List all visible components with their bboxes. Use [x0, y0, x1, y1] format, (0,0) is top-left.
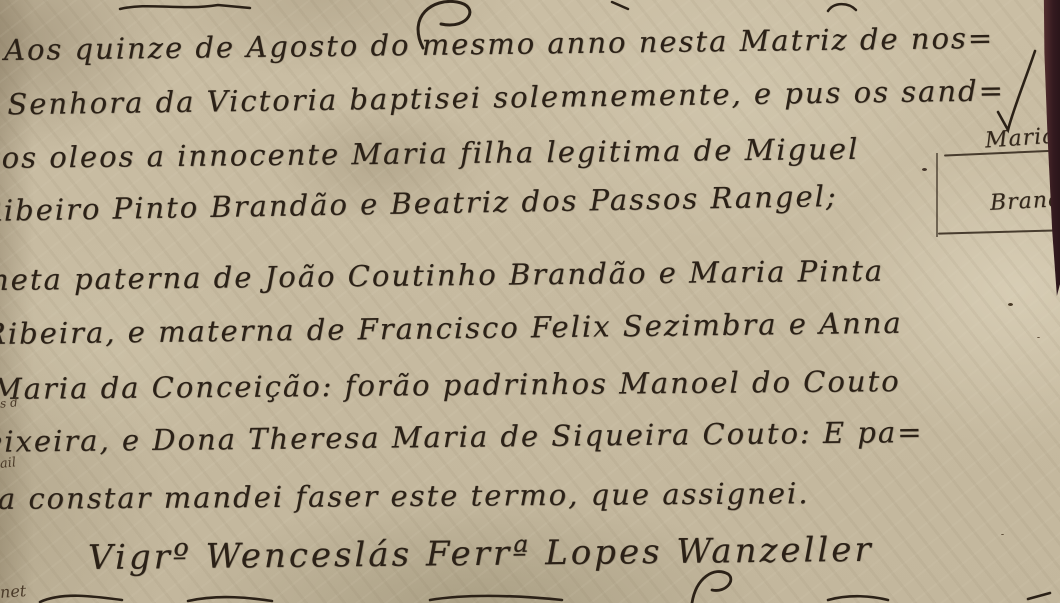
priest-signature: Vigrº Wenceslás Ferrª Lopes Wanzeller [88, 530, 874, 578]
record-line: Ribeira, e materna de Francisco Felix Se… [0, 306, 903, 351]
top-cutoff-stroke [610, 0, 640, 12]
top-cutoff-stroke [826, 0, 860, 14]
record-line: neta paterna de João Coutinho Brandão e … [0, 254, 884, 297]
left-edge-fragment: s d [0, 395, 18, 410]
record-line: tos oleos a innocente Maria filha legiti… [0, 132, 859, 175]
record-line: Teixeira, e Dona Theresa Maria de Siquei… [0, 415, 924, 459]
bottom-cutoff-strokes [0, 588, 1060, 603]
record-line: Maria da Conceição: forão padrinhos Mano… [0, 364, 901, 406]
top-cutoff-stroke [118, 0, 258, 14]
left-edge-fragment: ail [0, 455, 17, 472]
record-line: Aos quinze de Agosto do mesmo anno nesta… [4, 21, 995, 67]
paper-speck [1008, 303, 1013, 306]
margin-underline [938, 229, 1060, 234]
margin-child-name: Maria [984, 124, 1057, 154]
record-line: ra constar mandei faser este termo, que … [0, 476, 810, 516]
record-line: sa Senhora da Victoria baptisei solemnem… [0, 73, 1005, 122]
manuscript-page: Aos quinze de Agosto do mesmo anno nesta… [0, 0, 1060, 603]
margin-note: Branc [989, 187, 1060, 216]
record-line: Ribeiro Pinto Brandão e Beatriz dos Pass… [0, 179, 838, 228]
margin-divider-line [936, 153, 938, 237]
